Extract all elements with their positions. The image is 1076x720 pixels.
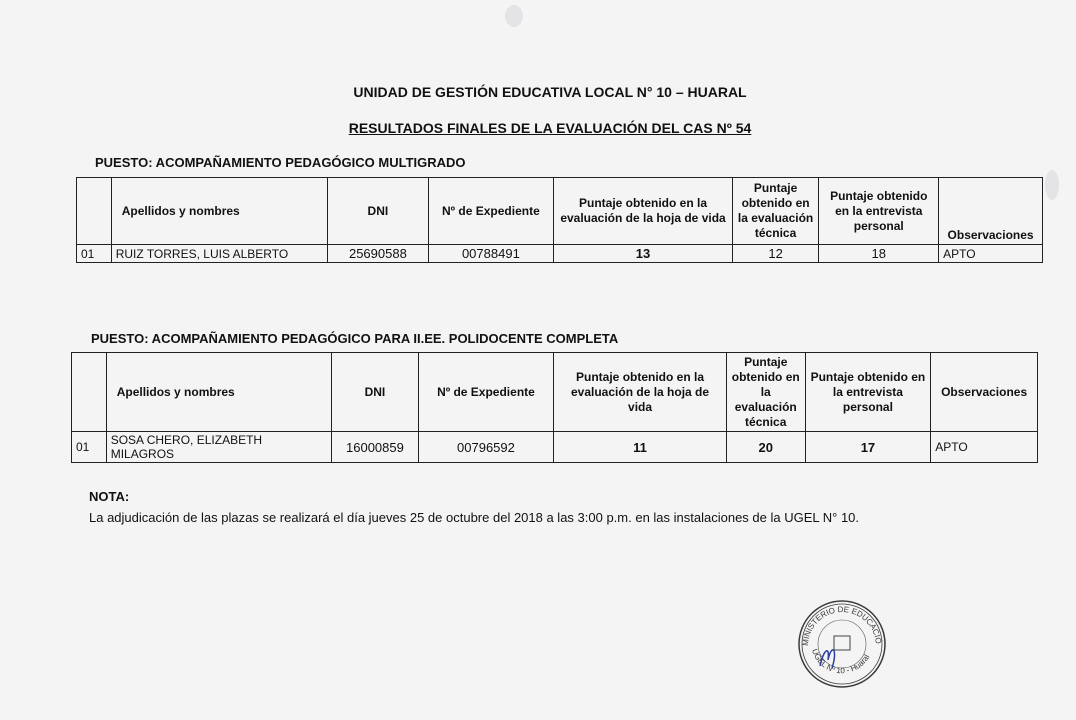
cell-num: 01 xyxy=(77,245,112,263)
table-header-row: Apellidos y nombres DNI Nº de Expediente… xyxy=(77,178,1043,245)
col-expediente: Nº de Expediente xyxy=(418,353,554,432)
cell-name: SOSA CHERO, ELIZABETH MILAGROS xyxy=(106,432,331,463)
col-tecnica: Puntaje obtenido en la evaluación técnic… xyxy=(726,353,805,432)
col-num xyxy=(72,353,107,432)
table-header-row: Apellidos y nombres DNI Nº de Expediente… xyxy=(72,353,1038,432)
official-stamp-icon: MINISTERIO DE EDUCACIÓN UGEL Nº 10 - Hua… xyxy=(794,598,890,688)
stamp-bottom-text: UGEL Nº 10 - Huaral xyxy=(810,648,871,676)
cell-expediente: 00796592 xyxy=(418,432,554,463)
col-num xyxy=(77,178,112,245)
cell-dni: 16000859 xyxy=(332,432,419,463)
cell-entrevista: 18 xyxy=(819,245,939,263)
col-entrevista: Puntaje obtenido en la entrevista person… xyxy=(805,353,931,432)
table-row: 01 SOSA CHERO, ELIZABETH MILAGROS 160008… xyxy=(72,432,1038,463)
col-dni: DNI xyxy=(332,353,419,432)
cell-expediente: 00788491 xyxy=(428,245,554,263)
nota-title: NOTA: xyxy=(89,489,129,504)
col-name: Apellidos y nombres xyxy=(111,178,328,245)
col-observaciones: Observaciones xyxy=(939,178,1043,245)
institution-heading: UNIDAD DE GESTIÓN EDUCATIVA LOCAL N° 10 … xyxy=(340,84,760,100)
cell-dni: 25690588 xyxy=(328,245,428,263)
cell-tecnica: 12 xyxy=(732,245,819,263)
table-row: 01 RUIZ TORRES, LUIS ALBERTO 25690588 00… xyxy=(77,245,1043,263)
cell-entrevista: 17 xyxy=(805,432,931,463)
cell-observaciones: APTO xyxy=(939,245,1043,263)
results-table-2: Apellidos y nombres DNI Nº de Expediente… xyxy=(71,352,1038,463)
cell-observaciones: APTO xyxy=(931,432,1038,463)
cell-hoja-vida: 11 xyxy=(554,432,727,463)
puesto-heading-1: PUESTO: ACOMPAÑAMIENTO PEDAGÓGICO MULTIG… xyxy=(95,155,466,170)
col-entrevista: Puntaje obtenido en la entrevista person… xyxy=(819,178,939,245)
svg-text:MINISTERIO DE EDUCACIÓN: MINISTERIO DE EDUCACIÓN xyxy=(794,598,883,646)
col-tecnica: Puntaje obtenido en la evaluación técnic… xyxy=(732,178,819,245)
col-name: Apellidos y nombres xyxy=(106,353,331,432)
cell-tecnica: 20 xyxy=(726,432,805,463)
col-hoja-vida: Puntaje obtenido en la evaluación de la … xyxy=(554,353,727,432)
stamp-top-text: MINISTERIO DE EDUCACIÓN xyxy=(794,598,883,646)
document-title: RESULTADOS FINALES DE LA EVALUACIÓN DEL … xyxy=(340,120,760,136)
cell-num: 01 xyxy=(72,432,107,463)
col-hoja-vida: Puntaje obtenido en la evaluación de la … xyxy=(554,178,733,245)
results-table-1: Apellidos y nombres DNI Nº de Expediente… xyxy=(76,177,1043,263)
nota-text: La adjudicación de las plazas se realiza… xyxy=(89,510,859,525)
puesto-heading-2: PUESTO: ACOMPAÑAMIENTO PEDAGÓGICO PARA I… xyxy=(91,331,618,346)
col-expediente: Nº de Expediente xyxy=(428,178,554,245)
scanned-document: UNIDAD DE GESTIÓN EDUCATIVA LOCAL N° 10 … xyxy=(0,0,1076,720)
cell-name: RUIZ TORRES, LUIS ALBERTO xyxy=(111,245,328,263)
svg-text:UGEL Nº 10 - Huaral: UGEL Nº 10 - Huaral xyxy=(810,648,871,676)
col-observaciones: Observaciones xyxy=(931,353,1038,432)
cell-hoja-vida: 13 xyxy=(554,245,733,263)
scan-smudge xyxy=(1045,170,1059,200)
col-dni: DNI xyxy=(328,178,428,245)
scan-smudge xyxy=(505,5,523,27)
